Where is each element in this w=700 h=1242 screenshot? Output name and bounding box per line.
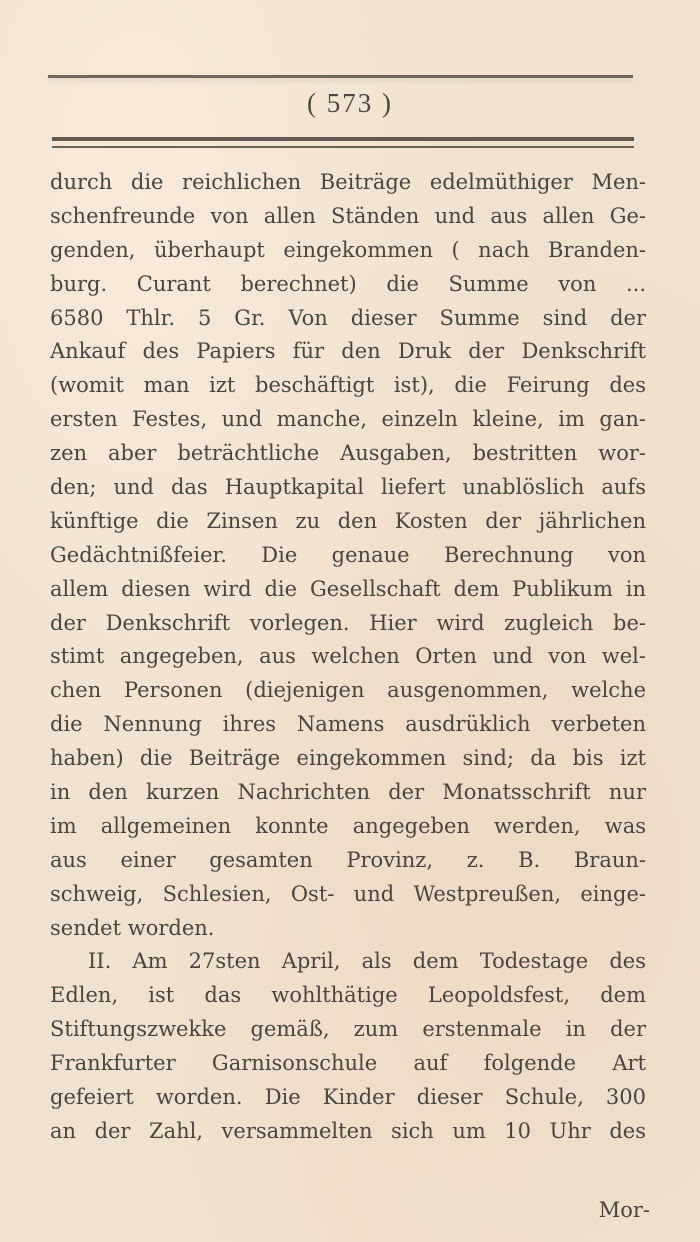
text-line: chen Personen (diejenigen ausgenommen, w… (50, 674, 646, 708)
text-line: an der Zahl, versammelten sich um 10 Uhr… (50, 1115, 646, 1149)
text-line: Frankfurter Garnisonschule auf folgende … (50, 1047, 646, 1081)
catchword: Mor- (599, 1198, 650, 1222)
text-line: burg. Curant berechnet) die Summe von ..… (50, 268, 646, 302)
text-line: durch die reichlichen Beiträge edelmüthi… (50, 166, 646, 200)
header-rule-double-thick (52, 137, 634, 141)
text-line: (womit man izt beschäftigt ist), die Fei… (50, 369, 646, 403)
text-line: Edlen, ist das wohlthätige Leopoldsfest,… (50, 979, 646, 1013)
text-line: die Nennung ihres Namens ausdrüklich ver… (50, 708, 646, 742)
text-line: Gedächtnißfeier. Die genaue Berechnung v… (50, 539, 646, 573)
text-line: schweig, Schlesien, Ost- und Westpreußen… (50, 878, 646, 912)
text-line: zen aber beträchtliche Ausgaben, bestrit… (50, 437, 646, 471)
text-line: schenfreunde von allen Ständen und aus a… (50, 200, 646, 234)
text-line: künftige die Zinsen zu den Kosten der jä… (50, 505, 646, 539)
header-rule-double-thin (52, 146, 634, 148)
text-line: stimt angegeben, aus welchen Orten und v… (50, 640, 646, 674)
paragraph-1: durch die reichlichen Beiträge edelmüthi… (50, 166, 646, 945)
text-line: genden, überhaupt eingekommen ( nach Bra… (50, 234, 646, 268)
text-line: in den kurzen Nachrichten der Monatsschr… (50, 776, 646, 810)
page-number: ( 573 ) (0, 88, 700, 119)
text-line: ersten Festes, und manche, einzeln klein… (50, 403, 646, 437)
text-line: allem diesen wird die Gesellschaft dem P… (50, 573, 646, 607)
text-line: haben) die Beiträge eingekommen sind; da… (50, 742, 646, 776)
text-line: im allgemeinen konnte angegeben werden, … (50, 810, 646, 844)
body-text: durch die reichlichen Beiträge edelmüthi… (50, 166, 646, 1149)
paragraph-2: II. Am 27sten April, als dem Todestage d… (50, 945, 646, 1148)
text-line: Stiftungszwekke gemäß, zum erstenmale in… (50, 1013, 646, 1047)
text-line: 6580 Thlr. 5 Gr. Von dieser Summe sind d… (50, 302, 646, 336)
book-page: ( 573 ) durch die reichlichen Beiträge e… (0, 0, 700, 1242)
text-line: II. Am 27sten April, als dem Todestage d… (50, 945, 646, 979)
text-line: sendet worden. (50, 912, 646, 946)
text-line: den; und das Hauptkapital liefert unablö… (50, 471, 646, 505)
header-rule-top (48, 75, 633, 78)
text-line: der Denkschrift vorlegen. Hier wird zugl… (50, 607, 646, 641)
text-line: gefeiert worden. Die Kinder dieser Schul… (50, 1081, 646, 1115)
text-line: Ankauf des Papiers für den Druk der Denk… (50, 335, 646, 369)
text-line: aus einer gesamten Provinz, z. B. Braun- (50, 844, 646, 878)
